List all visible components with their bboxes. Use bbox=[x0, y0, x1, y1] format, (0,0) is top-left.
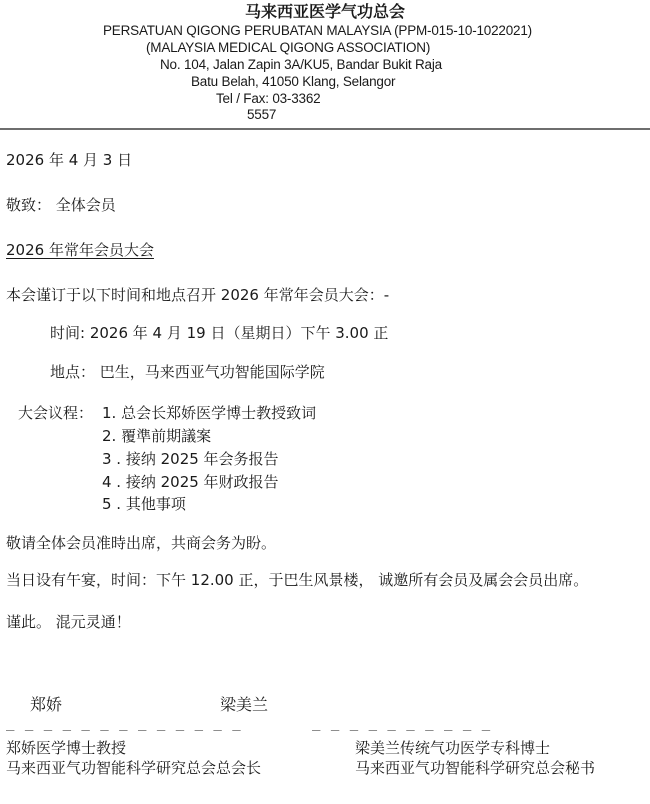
attendance-request: 敬请全体会员准時出席，共商会务为盼。 bbox=[6, 533, 276, 553]
address-line-2: Batu Belah, 41050 Klang, Selangor bbox=[191, 73, 395, 90]
letter-date: 2026 年 4 月 3 日 bbox=[6, 150, 132, 170]
meeting-time: 时间: 2026 年 4 月 19 日（星期日）下午 3.00 正 bbox=[50, 323, 388, 343]
agenda-item-1: 1. 总会长郑娇医学博士教授致词 bbox=[102, 403, 316, 423]
meeting-venue: 地点： 巴生，马来西亚气功智能国际学院 bbox=[50, 362, 325, 382]
tel-fax: Tel / Fax: 03-3362 bbox=[216, 90, 320, 107]
agenda-item-3: 3 . 接纳 2025 年会务报告 bbox=[102, 449, 279, 469]
letter-recipient: 敬致： 全体会员 bbox=[6, 195, 116, 215]
signature-line-right: _ _ _ _ _ _ _ _ _ _ bbox=[312, 715, 491, 731]
closing-remark: 谨此。 混元灵通！ bbox=[6, 612, 131, 632]
agenda-item-2: 2. 覆準前期議案 bbox=[102, 426, 211, 446]
address-line-1: No. 104, Jalan Zapin 3A/KU5, Bandar Buki… bbox=[160, 56, 442, 73]
signature-name-right: 梁美兰 bbox=[220, 695, 268, 715]
org-name-english: (MALAYSIA MEDICAL QIGONG ASSOCIATION) bbox=[146, 39, 430, 56]
letter-subject: 2026 年常年会员大会 bbox=[6, 240, 154, 260]
letterhead-divider bbox=[0, 128, 650, 130]
signatory-position-left: 马来西亚气功智能科学研究总会总会长 bbox=[6, 758, 261, 778]
letter-intro: 本会谨订于以下时间和地点召开 2026 年常年会员大会：- bbox=[6, 285, 389, 305]
org-name-chinese: 马来西亚医学气功总会 bbox=[0, 2, 650, 22]
signatory-title-left: 郑娇医学博士教授 bbox=[6, 738, 126, 758]
signature-name-left: 郑娇 bbox=[30, 695, 62, 715]
agenda-item-4: 4 . 接纳 2025 年财政报告 bbox=[102, 472, 279, 492]
signatory-position-right: 马来西亚气功智能科学研究总会秘书 bbox=[355, 758, 595, 778]
lunch-notice: 当日设有午宴，时间：下午 12.00 正，于巴生风景楼， 诚邀所有会员及属会会员… bbox=[6, 570, 588, 590]
tel-fax-continued: 5557 bbox=[247, 106, 276, 123]
signatory-title-right: 梁美兰传统气功医学专科博士 bbox=[355, 738, 550, 758]
agenda-label: 大会议程： bbox=[18, 403, 93, 423]
org-name-malay: PERSATUAN QIGONG PERUBATAN MALAYSIA (PPM… bbox=[103, 22, 532, 39]
agenda-item-5: 5 . 其他事项 bbox=[102, 494, 186, 514]
signature-line-left: _ _ _ _ _ _ _ _ _ _ _ _ _ bbox=[6, 715, 242, 731]
